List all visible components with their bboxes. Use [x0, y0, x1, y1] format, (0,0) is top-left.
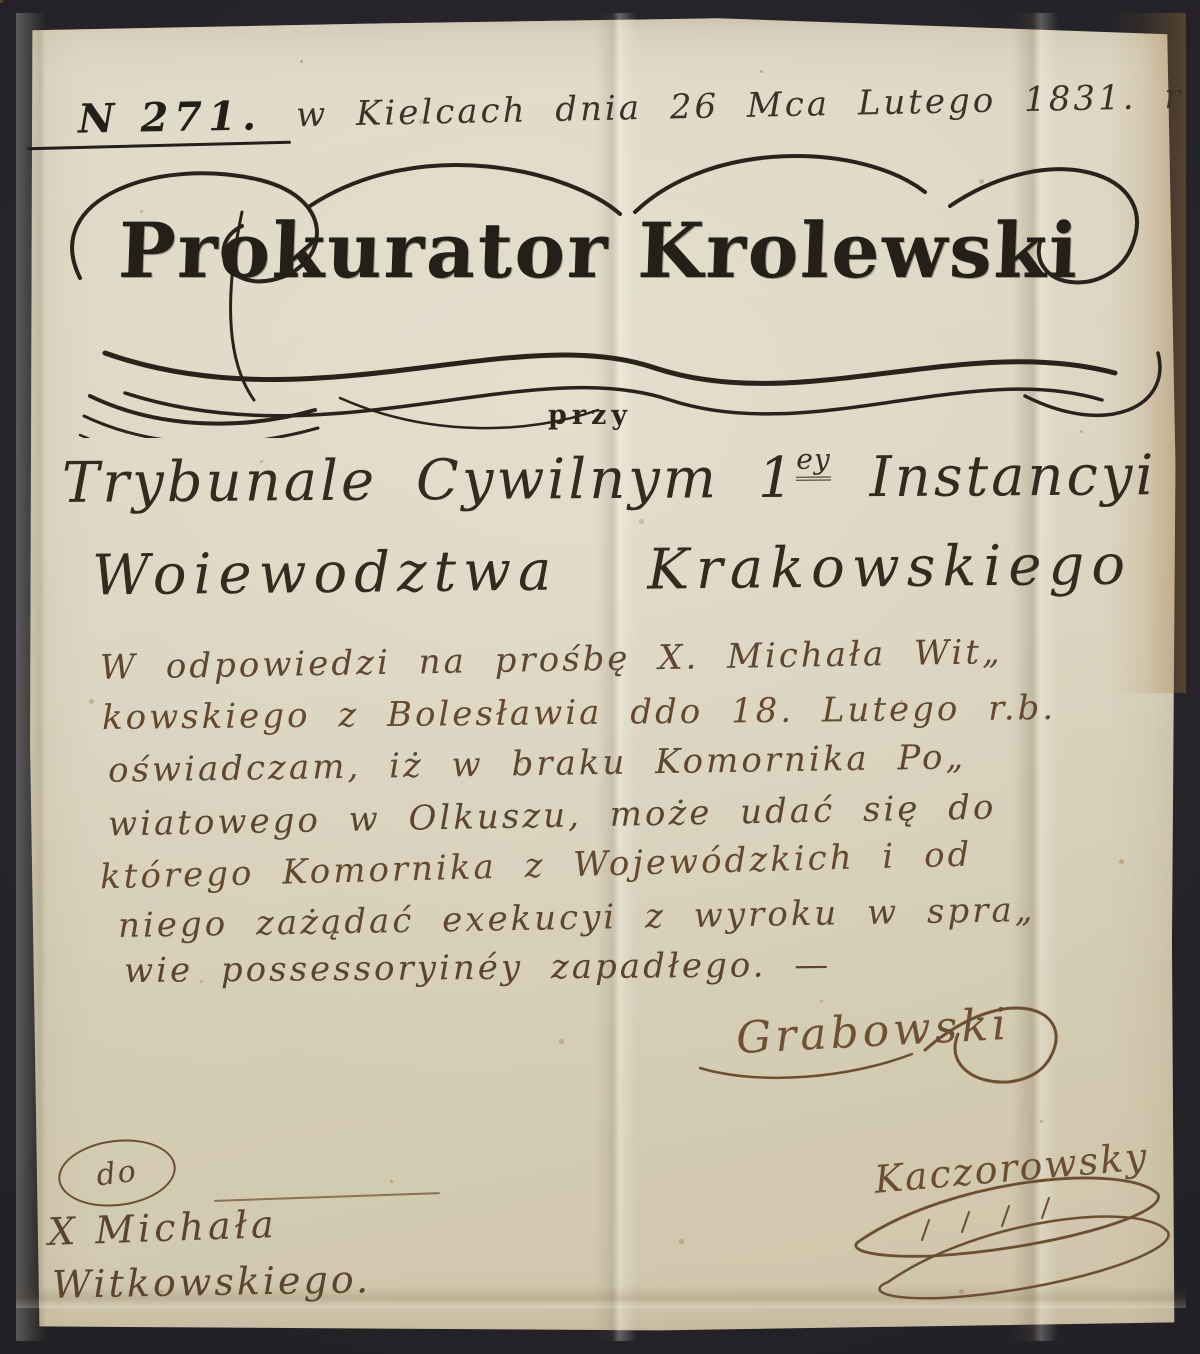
voivodeship-line: Woiewodztwa Krakowskiego	[92, 533, 1133, 609]
addressee-do-label: do	[94, 1153, 139, 1193]
reference-number: N 271.	[78, 92, 263, 142]
paper-foxing-speckles	[0, 0, 3, 3]
tribunal-line-pre: Trybunale Cywilnym 1	[62, 446, 797, 516]
instance-superscript: ey	[796, 442, 831, 480]
masthead-title: Prokurator Krolewski	[87, 213, 1112, 289]
addressee-name-line2: Witkowskiego.	[52, 1257, 372, 1307]
addressee-name-line1: X Michała	[47, 1202, 278, 1254]
tribunal-line: Trybunale Cywilnym 1ey Instancyi	[62, 440, 1157, 516]
scanned-letter: N 271. w Kielcach dnia 26 Mca Lutego 183…	[0, 0, 1200, 1354]
subhead-przy: przy	[480, 400, 700, 431]
tribunal-line-post: Instancyi	[831, 443, 1157, 510]
body-line: wie possessoryinéy zapadłego. —	[124, 945, 832, 991]
